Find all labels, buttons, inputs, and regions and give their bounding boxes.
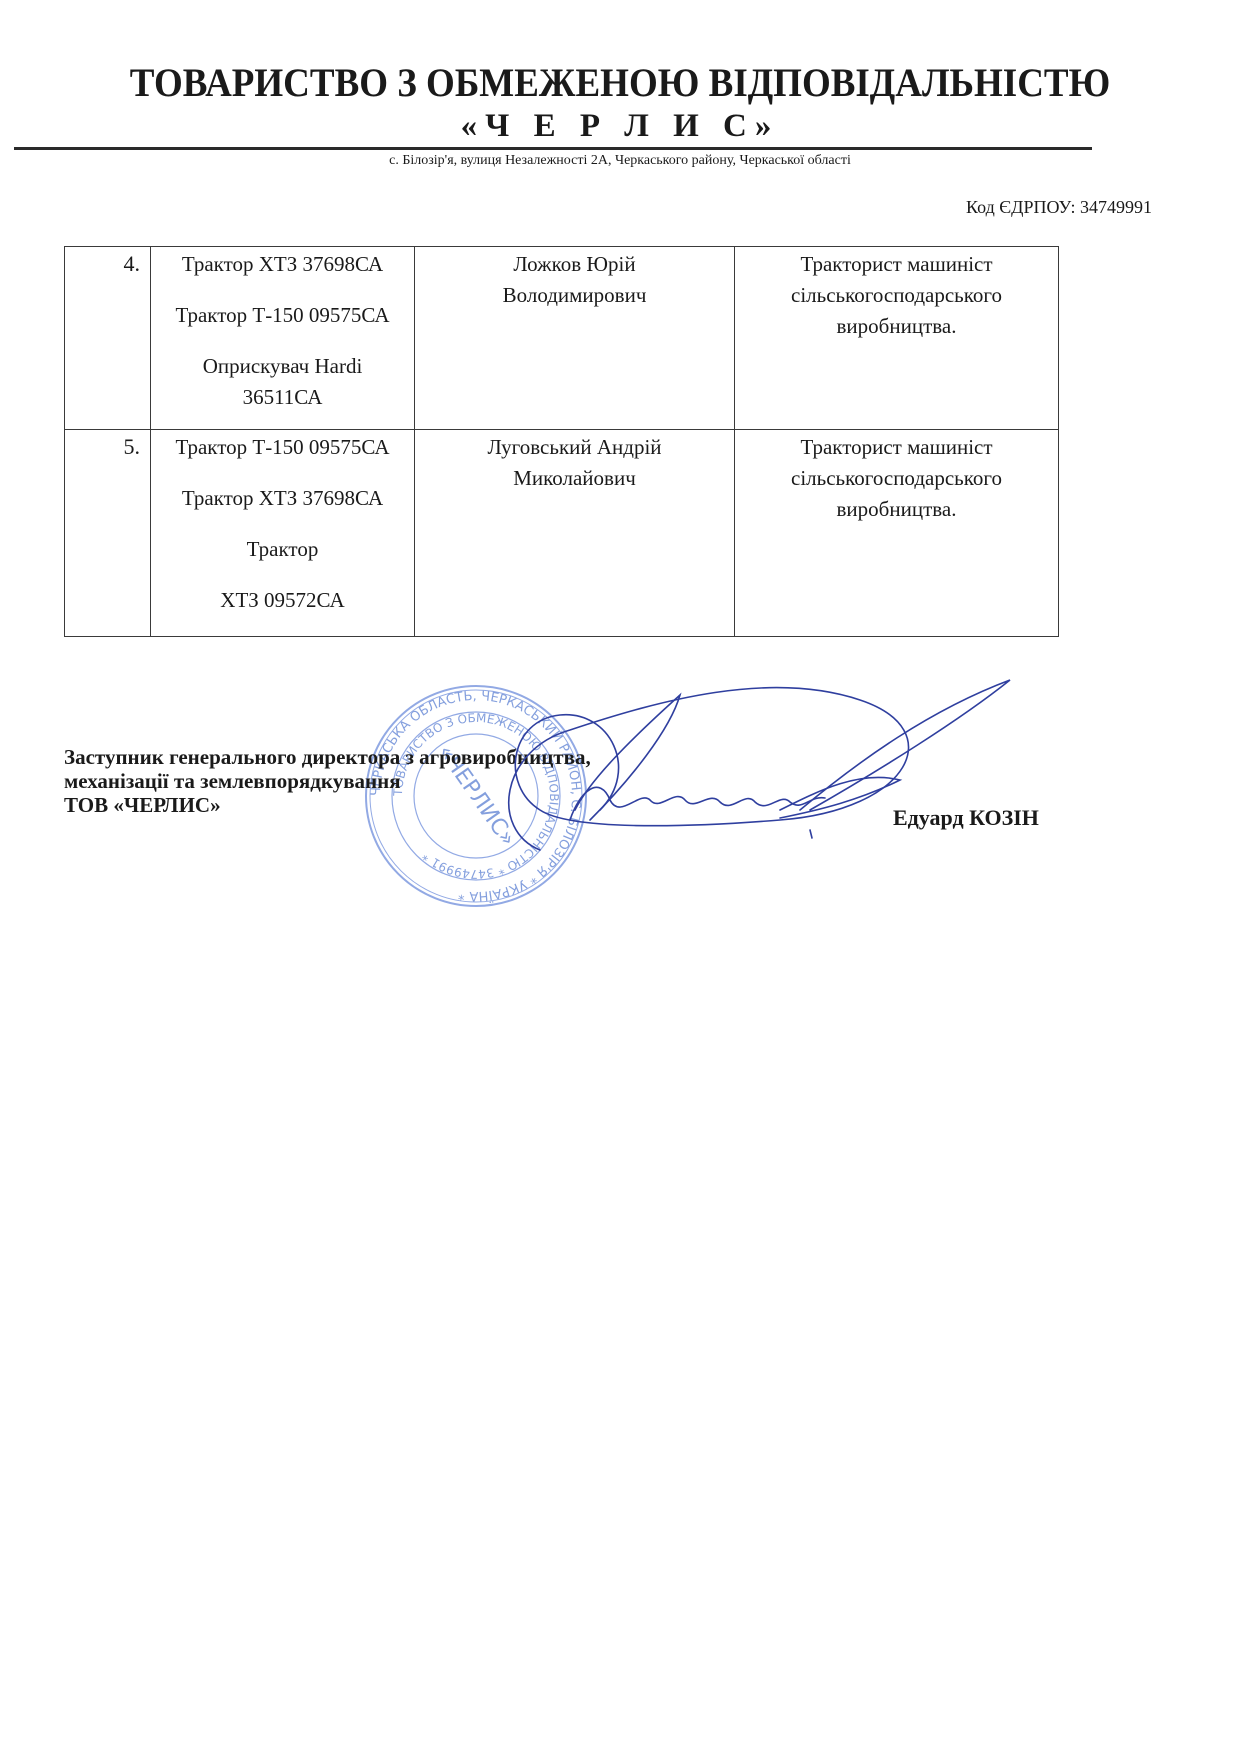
position-line: виробництва. xyxy=(735,494,1058,525)
equipment-item: Трактор Т-150 09575СА xyxy=(151,300,414,331)
header-divider xyxy=(14,147,1092,150)
equipment-item: Трактор Т-150 09575СА xyxy=(151,432,414,463)
equipment-item: 36511СА xyxy=(151,382,414,413)
equipment-item: Трактор xyxy=(151,534,414,565)
row-number-cell: 5. xyxy=(65,430,151,637)
employee-name-line: Луговський Андрій xyxy=(415,432,734,463)
position-cell: Тракторист машиніст сільськогосподарсько… xyxy=(735,247,1059,430)
position-line: сільськогосподарського xyxy=(735,463,1058,494)
row-number: 4. xyxy=(65,247,140,275)
position-cell: Тракторист машиніст сільськогосподарсько… xyxy=(735,430,1059,637)
table-row: 5. Трактор Т-150 09575СА Трактор ХТЗ 376… xyxy=(65,430,1059,637)
position-line: сільськогосподарського xyxy=(735,280,1058,311)
signer-name: Едуард КОЗІН xyxy=(893,805,1039,831)
edrpou-code: Код ЄДРПОУ: 34749991 xyxy=(966,197,1152,218)
employee-name-line: Миколайович xyxy=(415,463,734,494)
employee-name-cell: Ложков Юрій Володимирович xyxy=(415,247,735,430)
equipment-item: ХТЗ 09572СА xyxy=(151,585,414,616)
employee-name-line: Володимирович xyxy=(415,280,734,311)
table-row: 4. Трактор ХТЗ 37698СА Трактор Т-150 095… xyxy=(65,247,1059,430)
equipment-cell: Трактор Т-150 09575СА Трактор ХТЗ 37698С… xyxy=(151,430,415,637)
row-number: 5. xyxy=(65,430,140,458)
company-title: ТОВАРИСТВО З ОБМЕЖЕНОЮ ВІДПОВІДАЛЬНІСТЮ xyxy=(0,60,1240,106)
staff-equipment-table: 4. Трактор ХТЗ 37698СА Трактор Т-150 095… xyxy=(64,246,1059,637)
company-name: «Ч Е Р Л И С» xyxy=(0,108,1240,145)
company-address: с. Білозір'я, вулиця Незалежності 2А, Че… xyxy=(0,153,1240,169)
employee-name-cell: Луговський Андрій Миколайович xyxy=(415,430,735,637)
equipment-item: Трактор ХТЗ 37698СА xyxy=(151,483,414,514)
equipment-item: Трактор ХТЗ 37698СА xyxy=(151,249,414,280)
position-line: Тракторист машиніст xyxy=(735,432,1058,463)
equipment-item: Оприскувач Hardi xyxy=(151,351,414,382)
employee-name-line: Ложков Юрій xyxy=(415,249,734,280)
position-line: Тракторист машиніст xyxy=(735,249,1058,280)
position-line: виробництва. xyxy=(735,311,1058,342)
equipment-cell: Трактор ХТЗ 37698СА Трактор Т-150 09575С… xyxy=(151,247,415,430)
row-number-cell: 4. xyxy=(65,247,151,430)
